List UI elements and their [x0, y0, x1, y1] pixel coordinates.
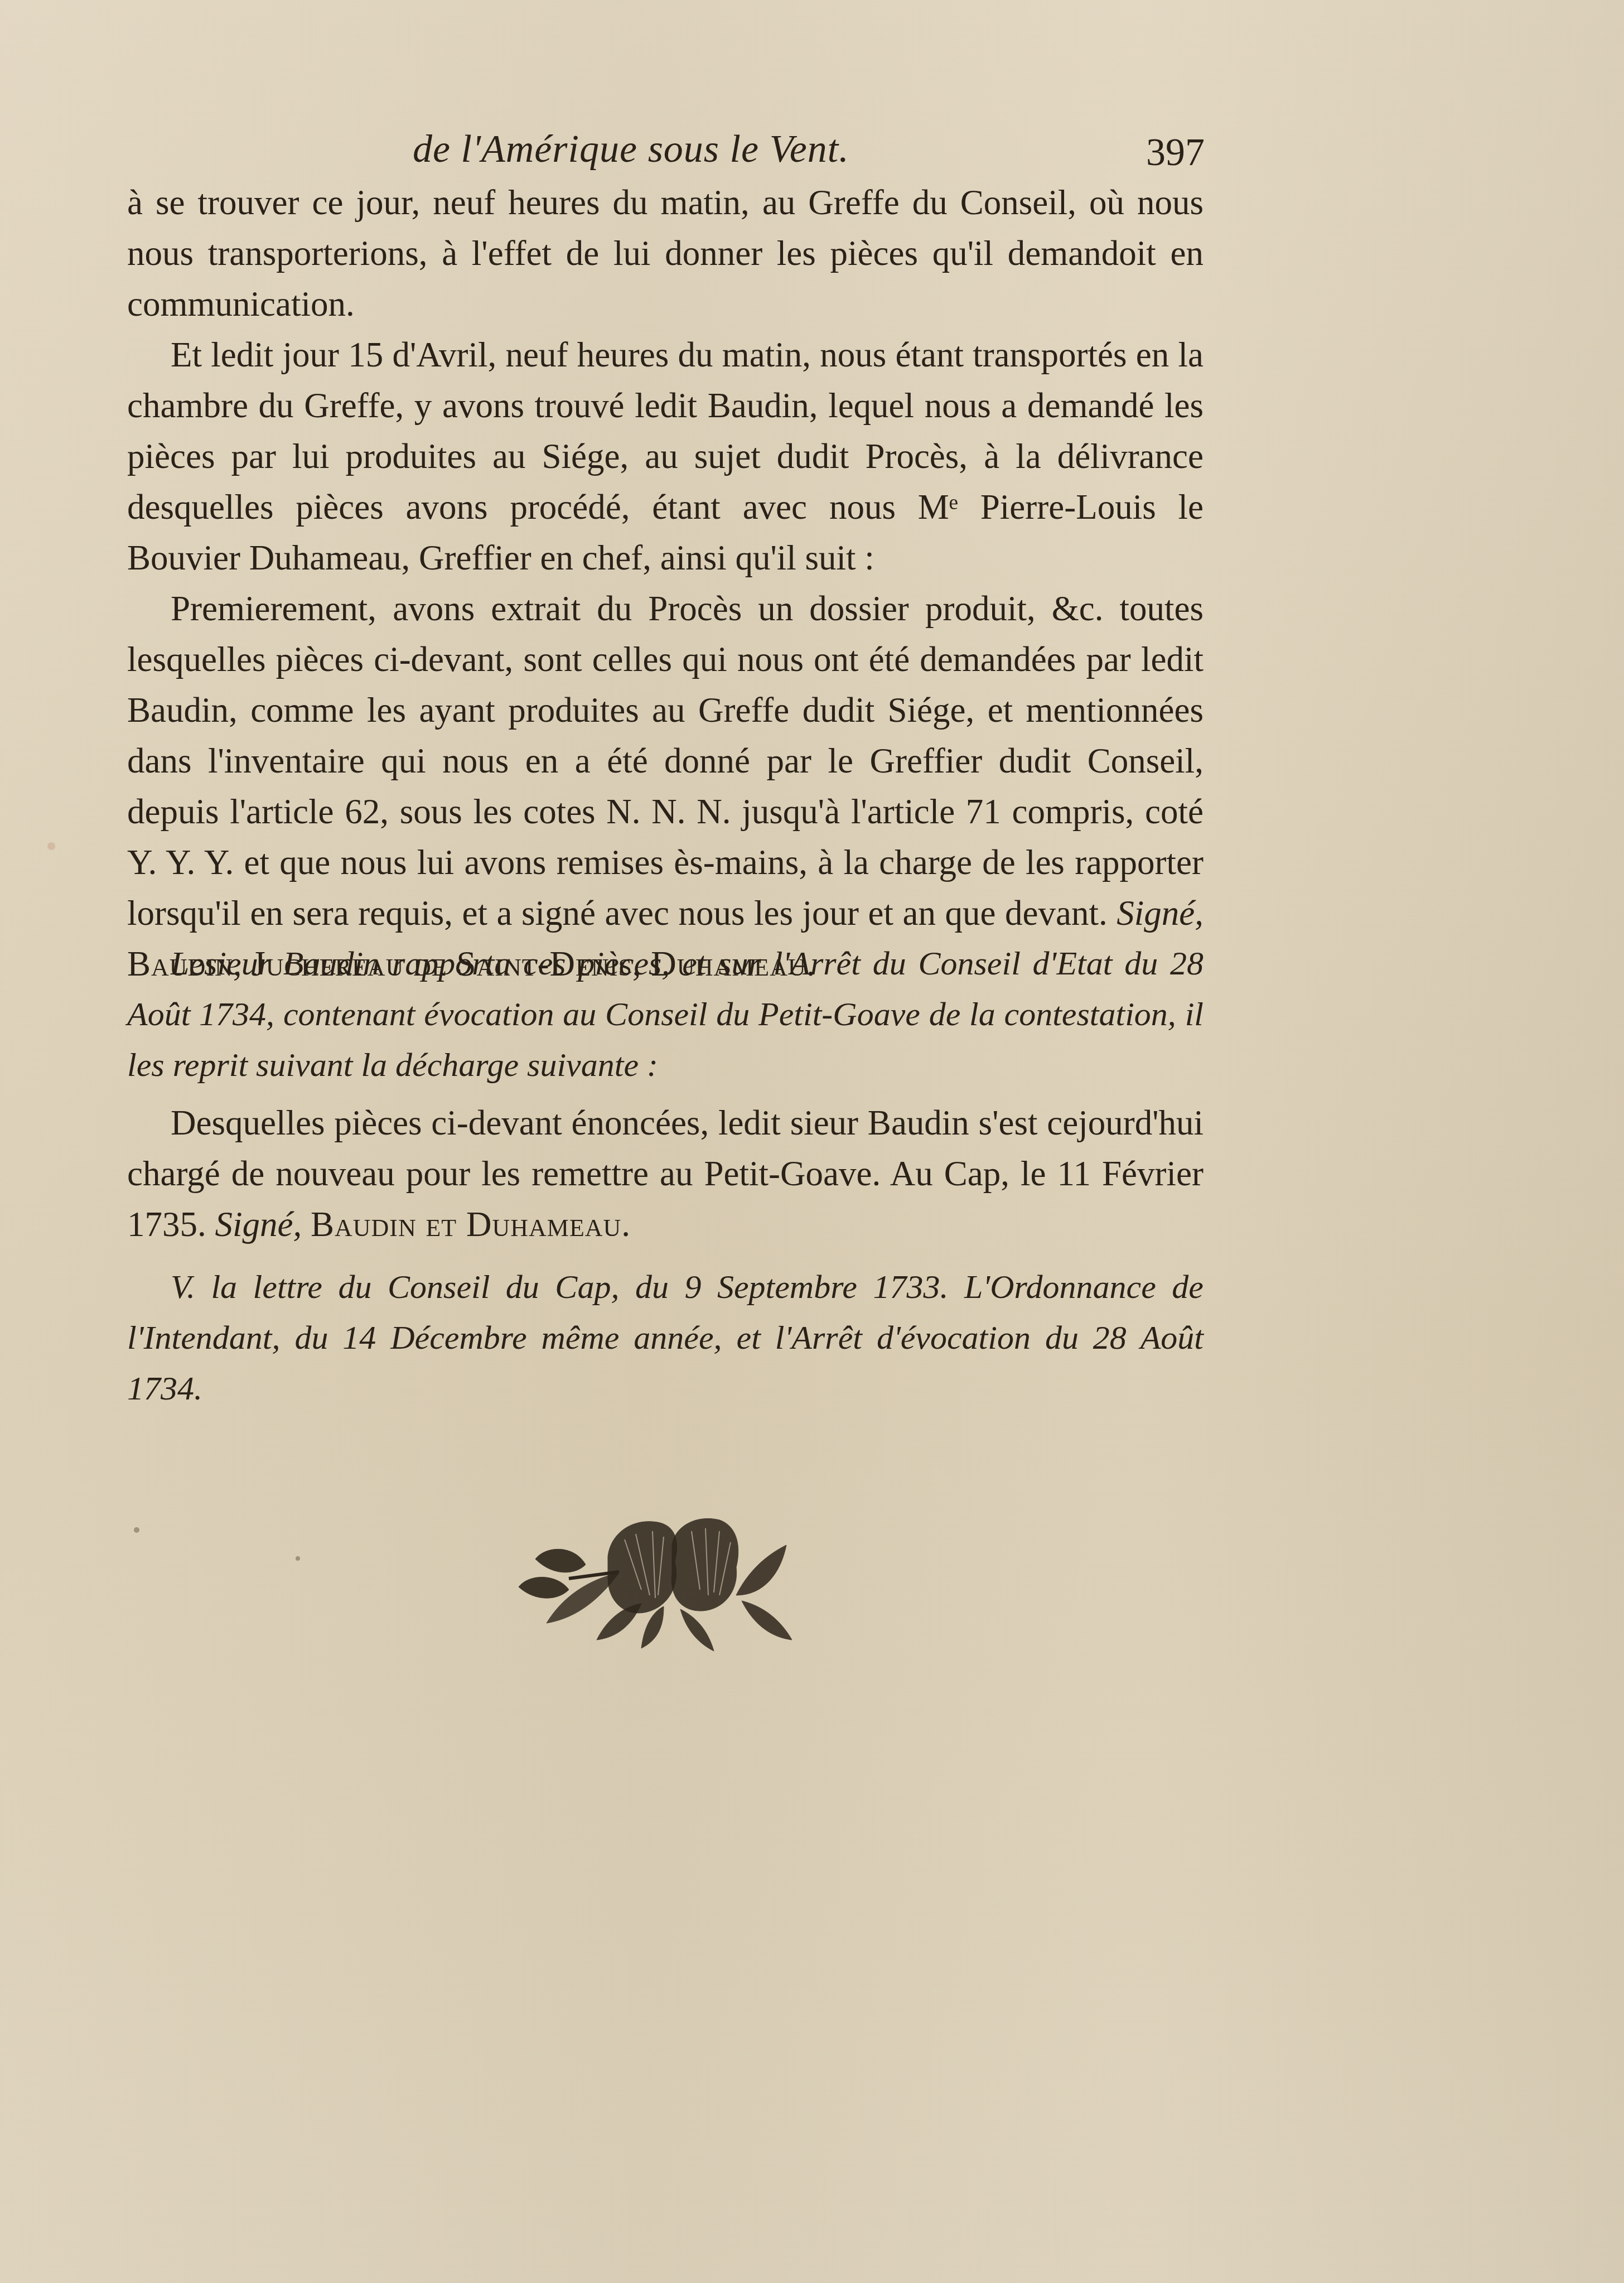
discharge-block: Desquelles pièces ci-devant énoncées, le… — [127, 1098, 1203, 1250]
book-page: de l'Amérique sous le Vent. 397 à se tro… — [0, 0, 1624, 2283]
running-title: de l'Amérique sous le Vent. — [413, 127, 849, 172]
paper-speck — [296, 1556, 300, 1561]
note-paragraph: Lesieur Baudin rapporta ces pièces, et s… — [127, 938, 1203, 1090]
paper-speck — [47, 842, 55, 850]
references-block: V. la lettre du Conseil du Cap, du 9 Sep… — [127, 1262, 1203, 1414]
signed-label: Signé, — [1116, 894, 1203, 933]
floral-ornament-icon — [513, 1512, 814, 1657]
paragraph-continuation: à se trouver ce jour, neuf heures du mat… — [127, 177, 1203, 330]
italic-note-block: Lesieur Baudin rapporta ces pièces, et s… — [127, 938, 1203, 1090]
paragraph-april-15: Et ledit jour 15 d'Avril, neuf heures du… — [127, 330, 1203, 583]
page-number: 397 — [1146, 131, 1205, 175]
main-text-block: à se trouver ce jour, neuf heures du mat… — [127, 177, 1203, 990]
paragraph-premierement-text: Premierement, avons extrait du Procès un… — [127, 589, 1203, 933]
paragraph-premierement: Premierement, avons extrait du Procès un… — [127, 583, 1203, 990]
paper-speck — [134, 1527, 139, 1533]
discharge-signatories: Baudin et Duhameau. — [311, 1205, 631, 1244]
references-paragraph: V. la lettre du Conseil du Cap, du 9 Sep… — [127, 1262, 1203, 1414]
discharge-signed-label: Signé, — [215, 1205, 302, 1244]
discharge-paragraph: Desquelles pièces ci-devant énoncées, le… — [127, 1098, 1203, 1250]
